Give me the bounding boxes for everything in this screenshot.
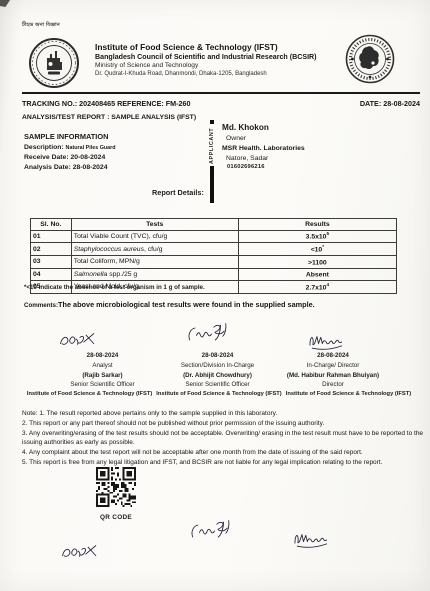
- sample-info-heading: SAMPLE INFORMATION: [24, 131, 116, 142]
- applicant-bullet: [210, 120, 214, 124]
- signature-analyst-bottom-icon: [58, 538, 112, 564]
- table-row: 02 Staphylococcus aureus, cfu/g <10*: [31, 243, 397, 256]
- report-title: ANALYSIS/TEST REPORT : SAMPLE ANALYSIS (…: [22, 114, 196, 121]
- comments-label: Comments:: [24, 302, 58, 309]
- scanned-test-report: ঢীহন্দ্র অনা বিজ্ঞান Institute of Food S…: [0, 0, 430, 591]
- sample-description: Description: Natural Piles Guard: [24, 143, 116, 153]
- table-header-row: Sl. No. Tests Results: [31, 219, 397, 231]
- note-1: Note: 1. The result reported above perta…: [22, 409, 424, 419]
- col-tests: Tests: [71, 219, 238, 231]
- bcsir-seal-icon: [28, 37, 80, 89]
- qr-code-label: QR CODE: [94, 514, 138, 521]
- note-4: 4. Any complaint about the test report w…: [22, 448, 424, 458]
- qr-code-icon: [96, 467, 136, 507]
- note-5: 5. This report is free from any legal li…: [22, 458, 424, 468]
- applicant-address: Natore, Sadar: [222, 154, 305, 164]
- receive-date: Receive Date: 20-08-2024: [24, 153, 116, 163]
- signature-block-director: 28-08-2024 In-Charge/ Director (Md. Habi…: [262, 353, 404, 392]
- letterhead: Institute of Food Science & Technology (…: [95, 42, 317, 79]
- tracking-row: TRACKING NO.: 202408465 REFERENCE: FM-26…: [22, 99, 420, 108]
- applicant-side-label: APPLICANT: [209, 126, 215, 164]
- note-2: 2. This report or any part thereof shoul…: [22, 419, 424, 429]
- table-row: 01 Total Viable Count (TVC), cfu/g 3.5x1…: [31, 230, 397, 243]
- report-details-heading: Report Details:: [152, 188, 204, 197]
- notes-section: Note: 1. The result reported above perta…: [22, 409, 424, 468]
- applicant-organization: MSR Health. Laboratories: [222, 144, 305, 154]
- sample-information: SAMPLE INFORMATION Description: Natural …: [24, 131, 116, 174]
- results-table: Sl. No. Tests Results 01 Total Viable Co…: [30, 218, 397, 294]
- table-footnote: *<10 indicate the absence of a test orga…: [24, 284, 205, 291]
- comments-text: The above microbiological test results w…: [58, 300, 315, 309]
- applicant-phone: 01602696216: [222, 163, 305, 171]
- scan-corner-artifact: [0, 0, 10, 7]
- applicant-strip: APPLICANT: [209, 120, 215, 203]
- ministry-name: Ministry of Science and Technology: [95, 62, 317, 71]
- qr-code-block: QR CODE: [94, 467, 138, 521]
- applicant-name: Md. Khokon: [222, 122, 305, 134]
- govt-seal-icon: [344, 33, 396, 85]
- header-divider: [22, 92, 420, 94]
- tracking-number: TRACKING NO.: 202408465 REFERENCE: FM-26…: [22, 99, 191, 108]
- table-row: 04 Salmonella spp./25 g Absent: [31, 268, 397, 281]
- institute-address: Dr. Qudrat-I-Khuda Road, Dhanmondi, Dhak…: [95, 71, 317, 79]
- institute-name: Institute of Food Science & Technology (…: [95, 42, 317, 53]
- comments-line: Comments:The above microbiological test …: [24, 300, 315, 309]
- applicant-designation: Owner: [222, 134, 305, 144]
- council-name: Bangladesh Council of Scientific and Ind…: [95, 53, 317, 62]
- note-3: 3. Any overwriting/erasing of the test r…: [22, 429, 424, 449]
- col-sl-no: Sl. No.: [31, 219, 72, 231]
- analysis-date: Analysis Date: 28-08-2024: [24, 163, 116, 173]
- applicant-bar: [210, 166, 215, 203]
- signature-section-incharge-icon: [183, 320, 243, 348]
- signature-director-icon: [303, 331, 361, 353]
- applicant-info: Md. Khokon Owner MSR Health. Laboratorie…: [222, 122, 305, 172]
- table-row: 03 Total Coliform, MPN/g >1100: [31, 255, 397, 268]
- signature-director-bottom-icon: [288, 529, 346, 551]
- signature-analyst-icon: [56, 326, 110, 352]
- signature-section-incharge-bottom-icon: [186, 517, 246, 545]
- institute-line: Institute of Food Science & Technology (…: [20, 391, 418, 397]
- report-date: DATE: 28-08-2024: [360, 99, 420, 108]
- bengali-corner-script: ঢীহন্দ্র অনা বিজ্ঞান: [22, 22, 60, 30]
- col-results: Results: [238, 219, 396, 231]
